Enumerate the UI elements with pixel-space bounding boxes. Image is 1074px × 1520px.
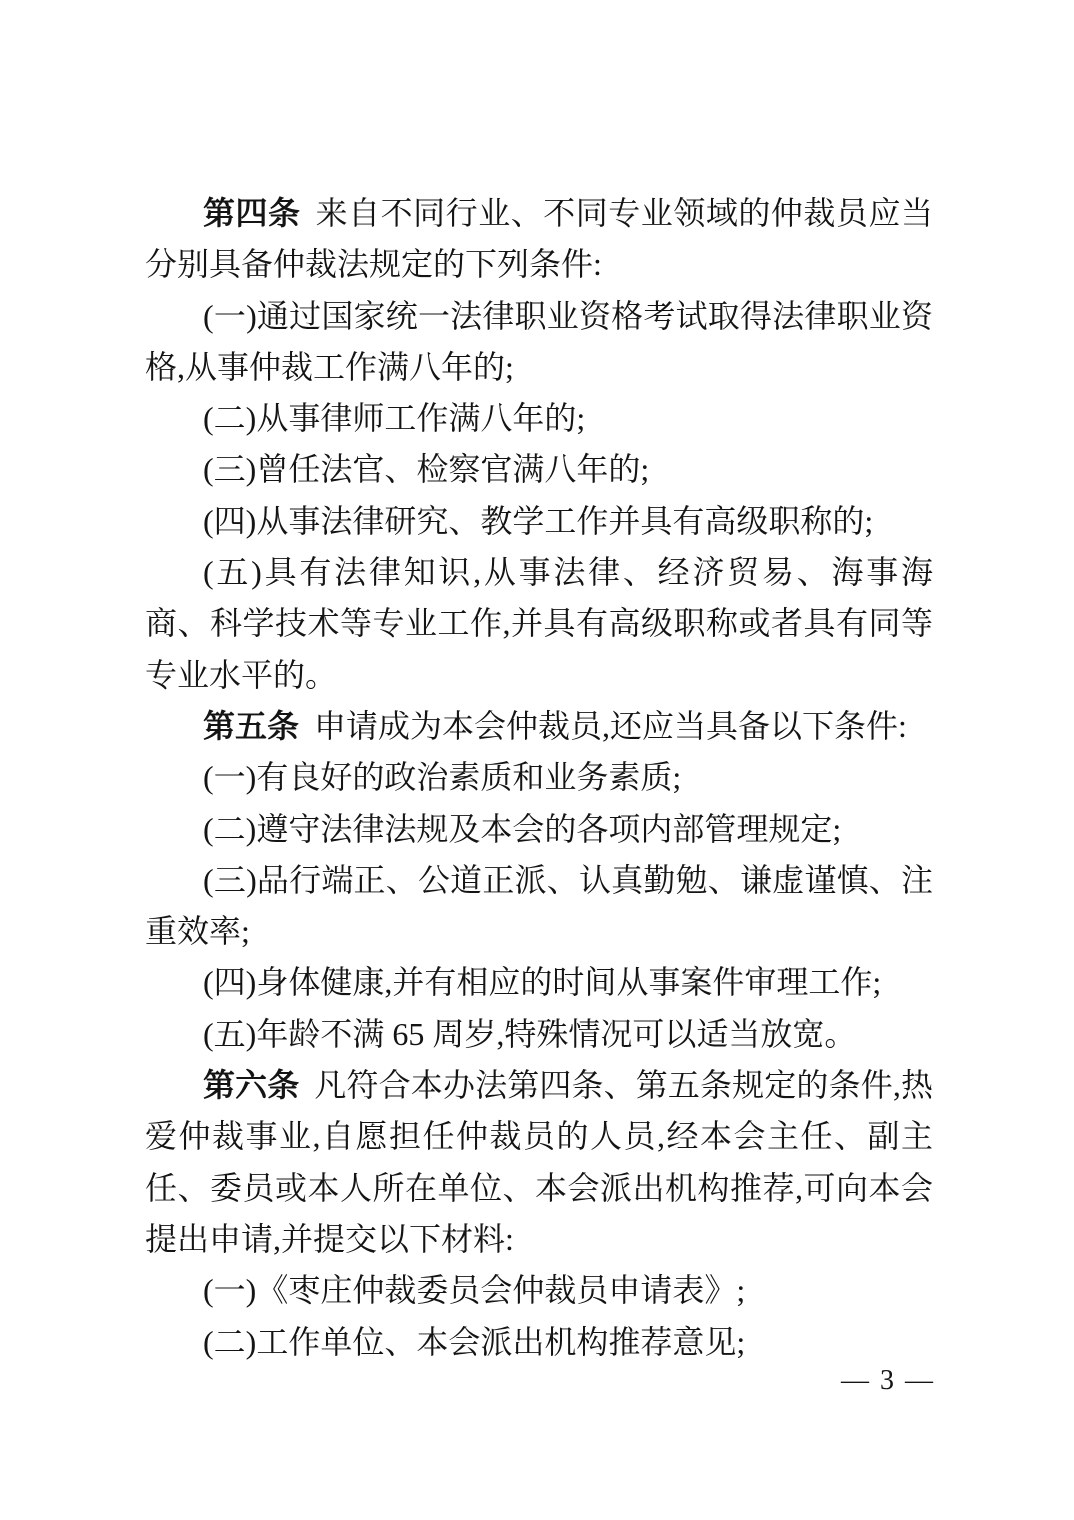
paragraph-text: (一)通过国家统一法律职业资格考试取得法律职业资格,从事仲裁工作满八年的; — [145, 298, 933, 385]
article-6-heading: 第六条 — [203, 1067, 299, 1103]
paragraph-article-6: 第六条凡符合本办法第四条、第五条规定的条件,热爱仲裁事业,自愿担任仲裁员的人员,… — [145, 1060, 933, 1265]
article-5-heading: 第五条 — [203, 708, 299, 744]
paragraph-item: (二)遵守法律法规及本会的各项内部管理规定; — [145, 804, 933, 855]
document-page: 第四条来自不同行业、不同专业领域的仲裁员应当分别具备仲裁法规定的下列条件: (一… — [0, 0, 1074, 1520]
paragraph-text: (二)从事律师工作满八年的; — [203, 400, 585, 436]
paragraph-item: (四)从事法律研究、教学工作并具有高级职称的; — [145, 496, 933, 547]
paragraph-text: (三)曾任法官、检察官满八年的; — [203, 451, 649, 487]
paragraph-article-5: 第五条申请成为本会仲裁员,还应当具备以下条件: — [145, 701, 933, 752]
paragraph-article-4: 第四条来自不同行业、不同专业领域的仲裁员应当分别具备仲裁法规定的下列条件: — [145, 188, 933, 291]
paragraph-text: 申请成为本会仲裁员,还应当具备以下条件: — [314, 708, 907, 744]
paragraph-item: (二)工作单位、本会派出机构推荐意见; — [145, 1317, 933, 1368]
paragraph-item: (五)具有法律知识,从事法律、经济贸易、海事海商、科学技术等专业工作,并具有高级… — [145, 547, 933, 701]
paragraph-text: (四)从事法律研究、教学工作并具有高级职称的; — [203, 503, 873, 539]
paragraph-item: (三)品行端正、公道正派、认真勤勉、谦虚谨慎、注重效率; — [145, 855, 933, 958]
page-number: — 3 — — [841, 1365, 935, 1397]
paragraph-text: (五)年龄不满 65 周岁,特殊情况可以适当放宽。 — [203, 1016, 856, 1052]
paragraph-text: (四)身体健康,并有相应的时间从事案件审理工作; — [203, 964, 881, 1000]
paragraph-text: (一)有良好的政治素质和业务素质; — [203, 759, 681, 795]
paragraph-item: (一)通过国家统一法律职业资格考试取得法律职业资格,从事仲裁工作满八年的; — [145, 291, 933, 394]
paragraph-item: (五)年龄不满 65 周岁,特殊情况可以适当放宽。 — [145, 1009, 933, 1060]
paragraph-item: (三)曾任法官、检察官满八年的; — [145, 444, 933, 495]
paragraph-text: (三)品行端正、公道正派、认真勤勉、谦虚谨慎、注重效率; — [145, 862, 933, 949]
paragraph-item: (四)身体健康,并有相应的时间从事案件审理工作; — [145, 957, 933, 1008]
paragraph-text: (一)《枣庄仲裁委员会仲裁员申请表》; — [203, 1272, 745, 1308]
article-4-heading: 第四条 — [203, 195, 301, 231]
paragraph-item: (一)有良好的政治素质和业务素质; — [145, 752, 933, 803]
paragraph-item: (一)《枣庄仲裁委员会仲裁员申请表》; — [145, 1265, 933, 1316]
paragraph-text: (二)遵守法律法规及本会的各项内部管理规定; — [203, 811, 841, 847]
document-body: 第四条来自不同行业、不同专业领域的仲裁员应当分别具备仲裁法规定的下列条件: (一… — [145, 188, 933, 1368]
paragraph-item: (二)从事律师工作满八年的; — [145, 393, 933, 444]
paragraph-text: (五)具有法律知识,从事法律、经济贸易、海事海商、科学技术等专业工作,并具有高级… — [145, 554, 933, 693]
paragraph-text: (二)工作单位、本会派出机构推荐意见; — [203, 1324, 745, 1360]
